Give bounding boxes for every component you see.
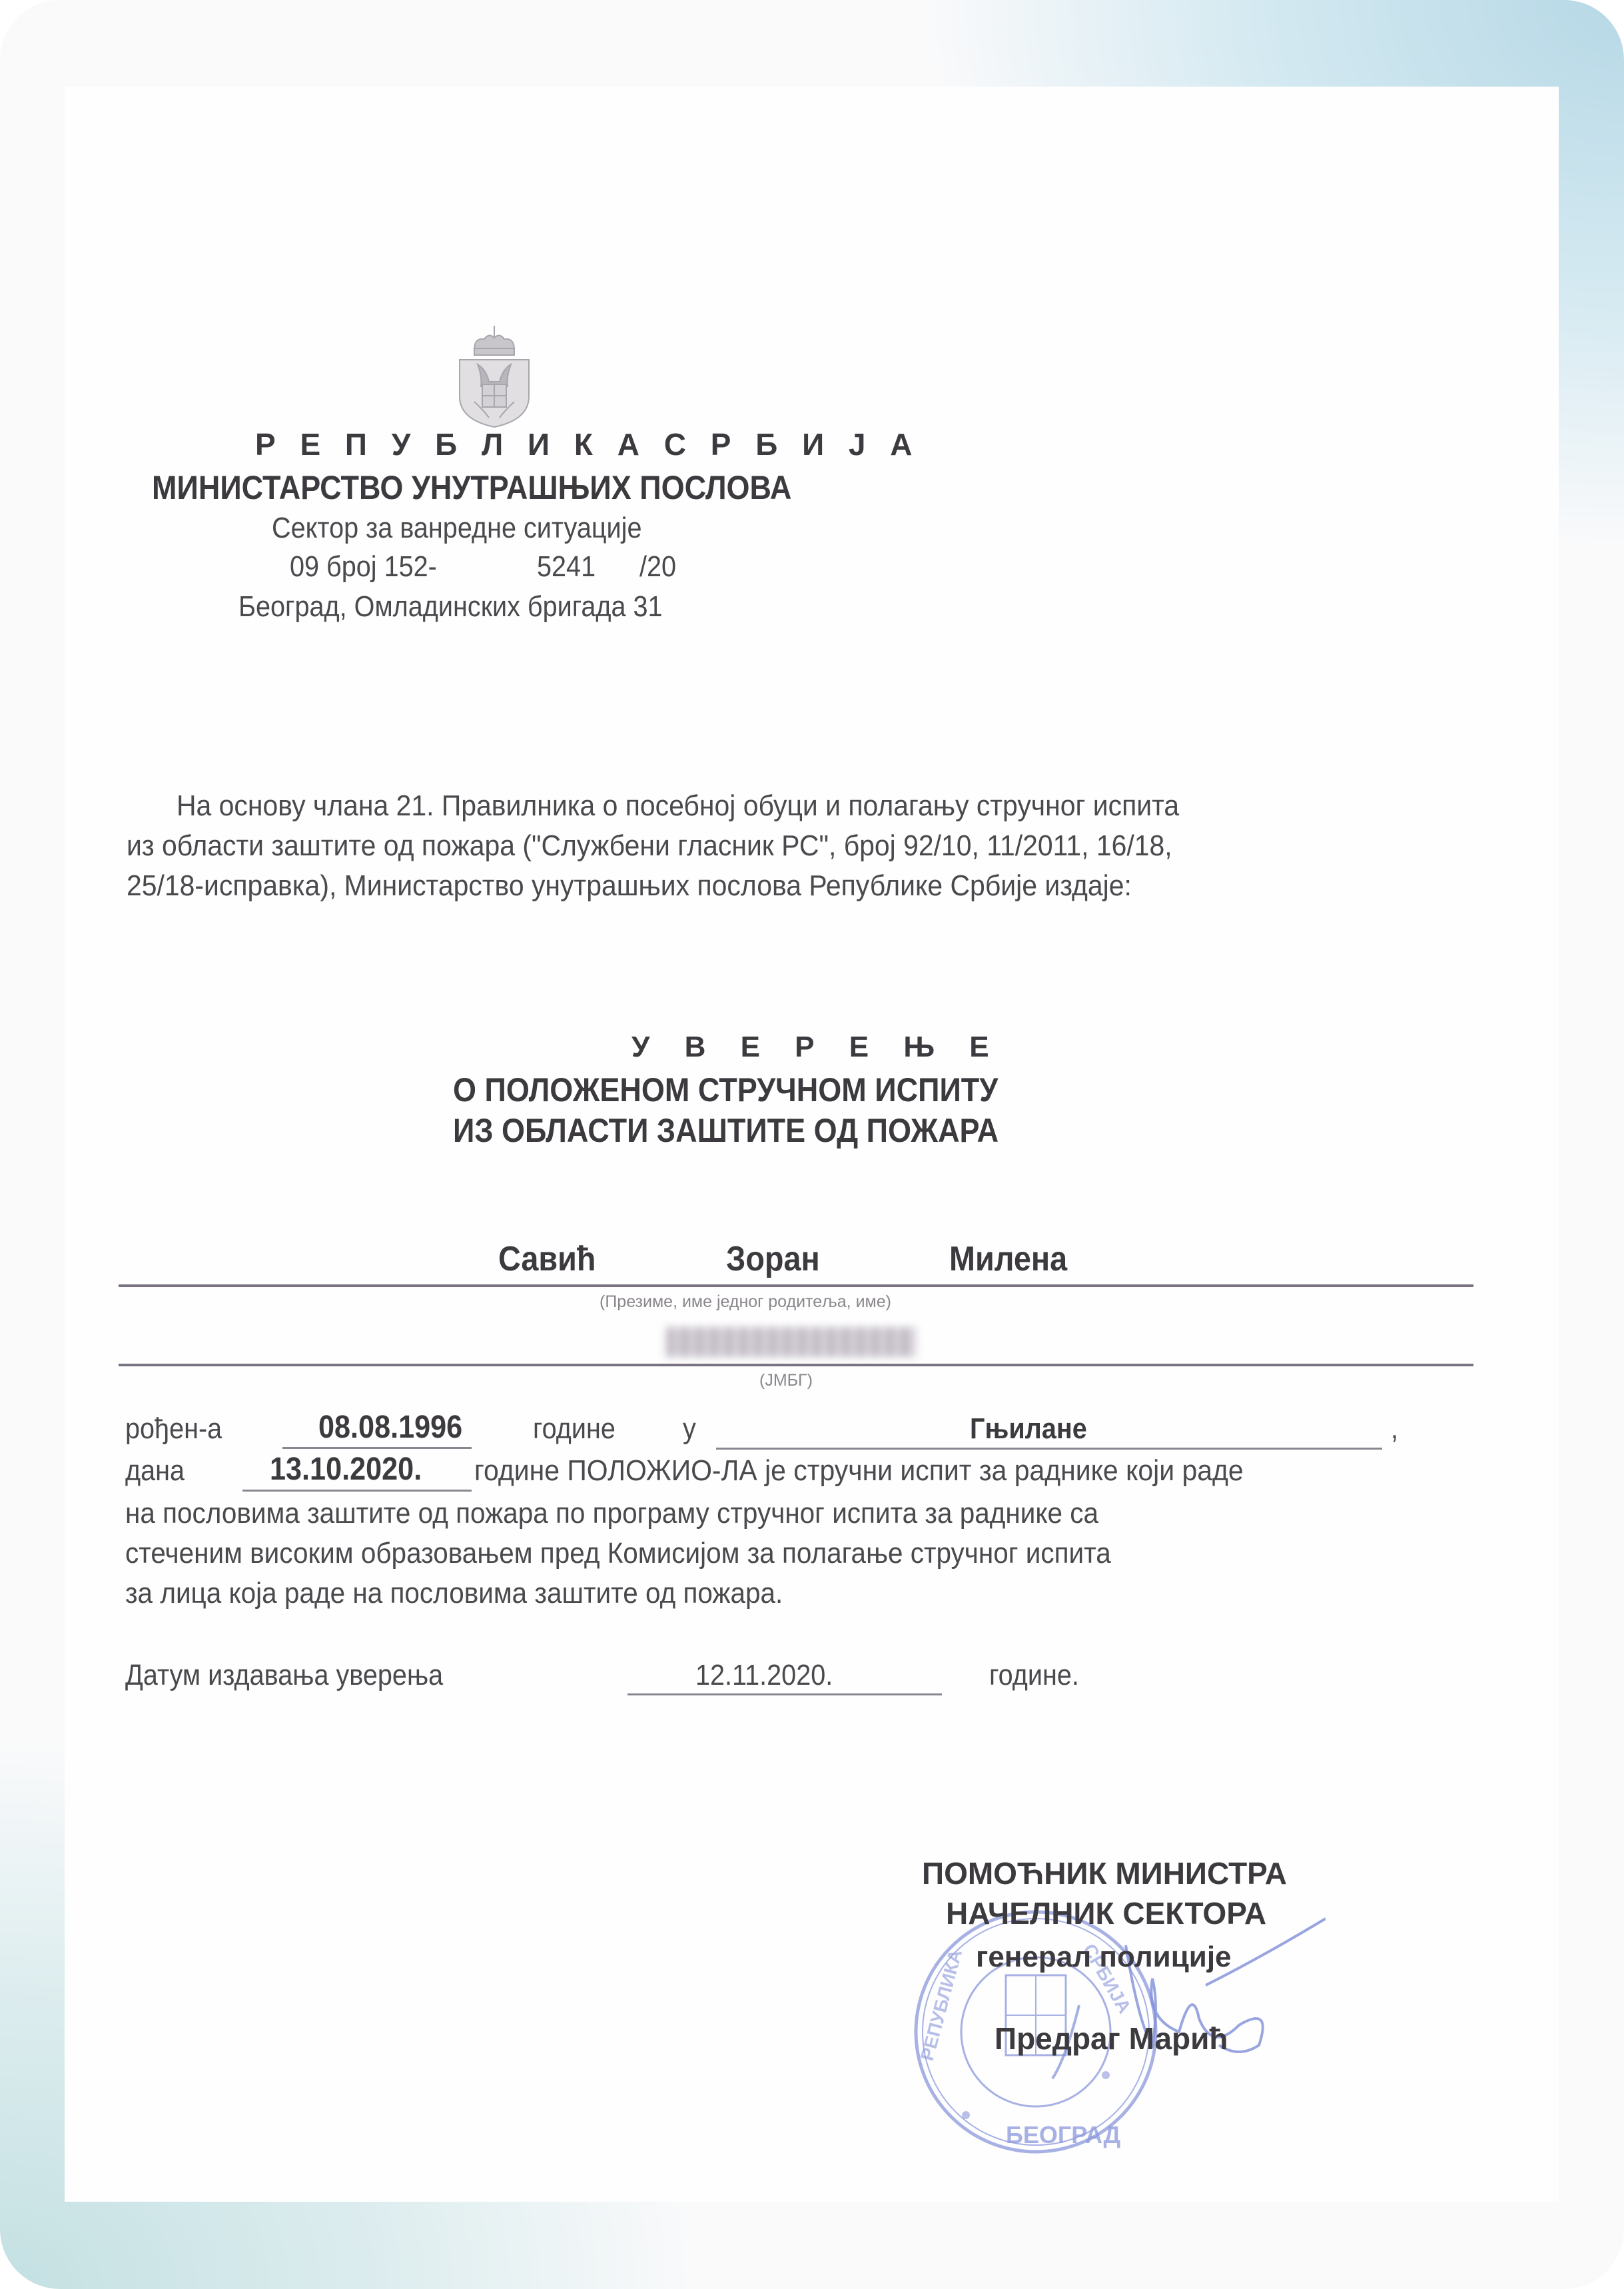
birth-date: 08.08.1996 — [318, 1409, 462, 1446]
signatory-rank: генерал полиције — [976, 1941, 1232, 1974]
body-line-3: на пословима заштите од пожара по програ… — [125, 1497, 1098, 1530]
coat-of-arms-icon — [448, 323, 541, 430]
name-underline — [119, 1284, 1473, 1287]
address: Београд, Омладинских бригада 31 — [238, 590, 663, 624]
jmbg-redacted-field — [666, 1327, 916, 1357]
born-label: рођен-а — [125, 1412, 222, 1446]
body-line-4: стеченим високим образовањем пред Комиси… — [125, 1537, 1111, 1570]
exam-date-underline — [242, 1490, 472, 1492]
svg-text:БЕОГРАД: БЕОГРАД — [1006, 2121, 1120, 2148]
passed-text: године ПОЛОЖИО-ЛА је стручни испит за ра… — [474, 1454, 1244, 1488]
birthplace: Гњилане — [970, 1412, 1087, 1446]
handwritten-signature-icon — [1039, 1905, 1326, 2092]
svg-text:РЕПУБЛИКА: РЕПУБЛИКА — [917, 1947, 966, 2063]
exam-date: 13.10.2020. — [270, 1451, 422, 1488]
birth-date-underline — [282, 1447, 472, 1449]
signatory-title-1: ПОМОЋНИК МИНИСТРА — [922, 1855, 1287, 1891]
name-caption: (Презиме, име једног родитеља, име) — [600, 1292, 891, 1312]
preamble-line-2: из области заштите од пожара ("Службени … — [127, 829, 1172, 863]
reference-prefix: 09 број 152- — [290, 550, 437, 584]
day-label: дана — [125, 1454, 185, 1488]
surname: Савић — [498, 1239, 596, 1279]
jmbg-caption: (ЈМБГ) — [759, 1371, 813, 1390]
issue-date: 12.11.2020. — [695, 1659, 833, 1692]
jmbg-underline — [119, 1364, 1473, 1366]
birth-year-word: године — [533, 1412, 615, 1446]
issue-year-word: године. — [989, 1659, 1079, 1692]
issue-date-underline — [627, 1693, 942, 1695]
birthplace-comma: , — [1391, 1412, 1398, 1446]
body-line-5: за лица која раде на пословима заштите о… — [125, 1577, 783, 1610]
reference-number: 5241 — [537, 550, 596, 584]
country-heading: Р Е П У Б Л И К А С Р Б И Ј А — [255, 426, 921, 462]
signatory-title-2: НАЧЕЛНИК СЕКТОРА — [946, 1895, 1266, 1931]
reference-suffix: /20 — [639, 550, 676, 584]
certificate-subtitle-2: ИЗ ОБЛАСТИ ЗАШТИТЕ ОД ПОЖАРА — [453, 1111, 999, 1150]
sector-name: Сектор за ванредне ситуације — [272, 512, 641, 545]
birthplace-underline — [716, 1448, 1382, 1450]
certificate-title: У В Е Р Е Њ Е — [631, 1031, 1003, 1064]
signatory-name: Предраг Марић — [995, 2021, 1228, 2057]
preamble-line-1: На основу члана 21. Правилника о посебно… — [177, 789, 1179, 823]
preamble-line-3: 25/18-исправка), Министарство унутрашњих… — [127, 869, 1132, 903]
certificate-subtitle-1: О ПОЛОЖЕНОМ СТРУЧНОМ ИСПИТУ — [453, 1071, 998, 1109]
issue-date-label: Датум издавања уверења — [125, 1659, 443, 1692]
parent-name: Зоран — [726, 1239, 820, 1279]
in-word: у — [683, 1412, 696, 1446]
ministry-heading: МИНИСТАРСТВО УНУТРАШЊИХ ПОСЛОВА — [152, 468, 791, 507]
first-name: Милена — [949, 1239, 1067, 1279]
